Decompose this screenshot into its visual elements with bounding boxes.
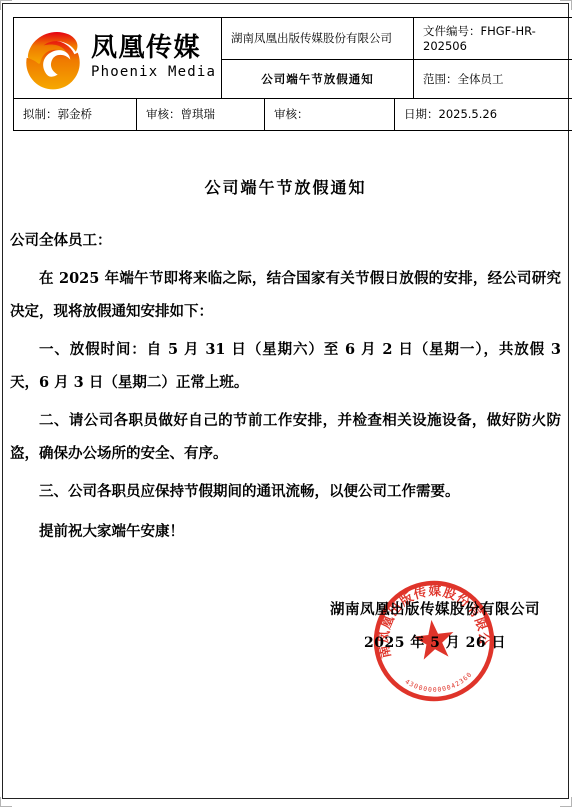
date-cell: 日期：2025.5.26: [395, 98, 572, 130]
file-number-label: 文件编号：: [423, 24, 481, 38]
document-page: 凤凰传媒 Phoenix Media 湖南凤凰出版传媒股份有限公司 文件编号：F…: [0, 0, 572, 807]
phoenix-logo-icon: [20, 23, 86, 93]
paragraph-item-2: 二、请公司各职员做好自己的节前工作安排，并检查相关设施设备，做好防火防盗，确保办…: [10, 404, 561, 470]
paragraph-item-1: 一、放假时间：自 5 月 31 日（星期六）至 6 月 2 日（星期一），共放假…: [10, 333, 561, 399]
reviewer2-label: 审核：: [274, 107, 309, 121]
reviewer1-value: 曾琪瑞: [181, 107, 216, 121]
logo-text: 凤凰传媒 Phoenix Media: [91, 35, 216, 81]
salutation: 公司全体员工：: [10, 224, 561, 257]
reviewer2-cell: 审核：: [265, 98, 395, 130]
logo-name-en: Phoenix Media: [91, 63, 216, 81]
drafter-value: 郭金桥: [58, 107, 93, 121]
signature-block: 湖南凤凰出版传媒股份有限公司 2025 年 5 月 26 日: [330, 598, 540, 652]
company-name-cell: 湖南凤凰出版传媒股份有限公司: [222, 18, 414, 60]
reviewer1-cell: 审核：曾琪瑞: [137, 98, 265, 130]
file-number-cell: 文件编号：FHGF-HR-202506: [414, 18, 572, 60]
header-doc-title: 公司端午节放假通知: [222, 60, 414, 99]
company-logo: 凤凰传媒 Phoenix Media: [20, 23, 219, 93]
scope-value: 全体员工: [458, 72, 504, 86]
logo-name-cn: 凤凰传媒: [91, 35, 216, 62]
paragraph-wish: 提前祝大家端午安康！: [10, 515, 561, 548]
signature-company: 湖南凤凰出版传媒股份有限公司: [330, 598, 540, 619]
scope-cell: 范围：全体员工: [414, 60, 572, 99]
paragraph-intro: 在 2025 年端午节即将来临之际，结合国家有关节假日放假的安排，经公司研究决定…: [10, 262, 561, 328]
header-table: 凤凰传媒 Phoenix Media 湖南凤凰出版传媒股份有限公司 文件编号：F…: [13, 17, 572, 99]
date-value: 2025.5.26: [439, 107, 498, 121]
date-label: 日期：: [404, 107, 439, 121]
paragraph-item-3: 三、公司各职员应保持节假期间的通讯流畅，以便公司工作需要。: [10, 475, 561, 508]
header-approval-table: 拟制：郭金桥 审核：曾琪瑞 审核： 日期：2025.5.26: [13, 98, 572, 131]
signature-date: 2025 年 5 月 26 日: [330, 632, 540, 652]
notice-body: 公司全体员工： 在 2025 年端午节即将来临之际，结合国家有关节假日放假的安排…: [10, 224, 561, 548]
reviewer1-label: 审核：: [146, 107, 181, 121]
drafter-label: 拟制：: [23, 107, 58, 121]
drafter-cell: 拟制：郭金桥: [14, 98, 137, 130]
logo-cell: 凤凰传媒 Phoenix Media: [14, 18, 222, 99]
page-title: 公司端午节放假通知: [3, 175, 568, 198]
scope-label: 范围：: [423, 72, 458, 86]
